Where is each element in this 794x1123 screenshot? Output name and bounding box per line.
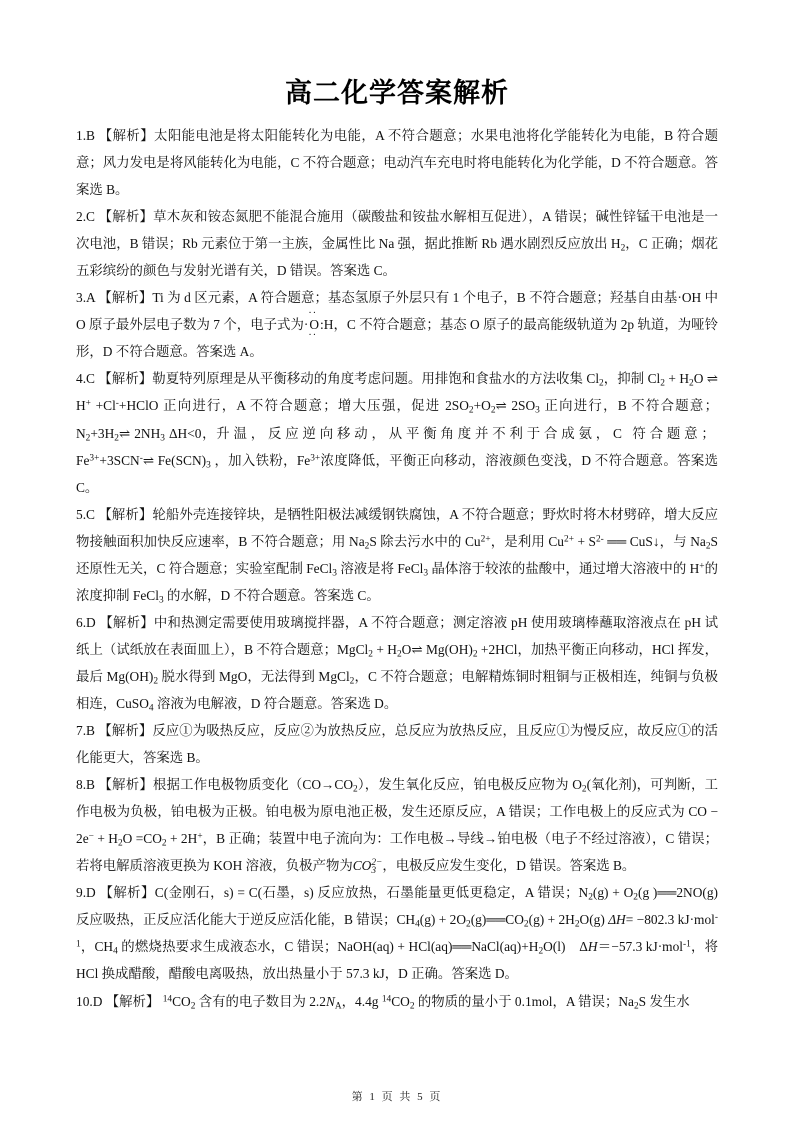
text-segment: ，加入铁粉，Fe bbox=[211, 453, 310, 468]
text-segment: O(l) Δ bbox=[543, 939, 588, 954]
hydrogen-bond: :H bbox=[320, 317, 333, 332]
text-segment: +HClO 正向进行，A 不符合题意；增大压强，促进 2SO bbox=[119, 398, 469, 413]
answer-label: 9.D bbox=[76, 885, 96, 900]
text-segment: N bbox=[76, 426, 86, 441]
analysis-tag: 【解析】 bbox=[99, 209, 154, 224]
text-segment: ΔH<0， bbox=[165, 426, 216, 441]
text-segment: + S bbox=[574, 534, 596, 549]
text-segment: ，抑制 Cl bbox=[604, 371, 661, 386]
avogadro-symbol: N bbox=[326, 994, 335, 1009]
text-segment: S 发生水 bbox=[639, 994, 690, 1009]
analysis-tag: 【解析】 bbox=[98, 371, 152, 386]
text-segment: ），发生氧化反应，铂电极反应物为 O bbox=[358, 777, 582, 792]
text-segment: 的燃烧热要求生成液态水，C 错误；NaOH(aq) + HCl(aq)══NaC… bbox=[118, 939, 539, 954]
text-segment: Fe bbox=[76, 453, 89, 468]
superscript: 2+ bbox=[481, 534, 491, 544]
analysis-tag: 【解析】 bbox=[98, 290, 152, 305]
answer-10: 10.D 【解析】 14CO2 含有的电子数目为 2.2NA，4.4g 14CO… bbox=[76, 988, 718, 1015]
subscript: 3 bbox=[371, 867, 382, 875]
answer-7: 7.B 【解析】反应①为吸热反应，反应②为放热反应，总反应为放热反应，且反应①为… bbox=[76, 717, 718, 771]
text-segment: 溶液为电解液，D 符合题意。答案选 D。 bbox=[154, 696, 398, 711]
answer-2: 2.C 【解析】草木灰和铵态氮肥不能混合施用（碳酸盐和铵盐水解相互促进），A 错… bbox=[76, 203, 718, 284]
text-segment: CO bbox=[391, 994, 410, 1009]
answer-list: 1.B 【解析】太阳能电池是将太阳能转化为电能，A 不符合题意；水果电池将化学能… bbox=[76, 122, 718, 1015]
text-segment: ⇌ Fe(SCN) bbox=[143, 453, 206, 468]
text-segment: 晶体溶于较浓的盐酸中，通过增大溶液中的 H bbox=[428, 561, 699, 576]
text-segment: ⇌ 2SO bbox=[496, 398, 536, 413]
text-segment: ⇌ 2NH bbox=[119, 426, 160, 441]
text-segment: + 2H bbox=[167, 831, 198, 846]
text-segment: O⇌ Mg(OH) bbox=[402, 642, 473, 657]
text-segment: 勒夏特列原理是从平衡移动的角度考虑问题。用排饱和食盐水的方法收集 Cl bbox=[152, 371, 599, 386]
text-segment: 根据工作电极物质变化（CO→CO bbox=[153, 777, 353, 792]
superscript: 3+ bbox=[89, 453, 99, 463]
answer-1: 1.B 【解析】太阳能电池是将太阳能转化为电能，A 不符合题意；水果电池将化学能… bbox=[76, 122, 718, 203]
document-title: 高二化学答案解析 bbox=[0, 76, 794, 112]
text-segment: +Cl bbox=[91, 398, 116, 413]
text-segment: (g)══CO bbox=[471, 912, 524, 927]
text-segment: +O bbox=[474, 398, 491, 413]
text-segment: 的水解，D 不符合题意。答案选 C。 bbox=[164, 588, 380, 603]
answer-label: 8.B bbox=[76, 777, 95, 792]
analysis-tag: 【解析】 bbox=[106, 994, 160, 1009]
text-segment: 含有的电子数目为 2.2 bbox=[195, 994, 326, 1009]
text-segment: + H bbox=[665, 371, 689, 386]
answer-label: 6.D bbox=[76, 615, 96, 630]
text-segment: ，4.4g bbox=[342, 994, 382, 1009]
text-segment: ══ CuS↓，与 Na bbox=[604, 534, 706, 549]
text-segment: 正向进行，B 不符合题意； bbox=[540, 398, 718, 413]
oxygen-atom: O bbox=[308, 311, 320, 338]
text-segment: CO bbox=[172, 994, 191, 1009]
text-segment: O =CO bbox=[123, 831, 162, 846]
superscript: 2+ bbox=[564, 534, 574, 544]
subscript: A bbox=[335, 1001, 342, 1011]
analysis-tag: 【解析】 bbox=[98, 507, 152, 522]
text-segment: C(金刚石，s) = C(石墨，s) 反应放热，石墨能量更低更稳定，A 错误；N bbox=[155, 885, 588, 900]
text-segment: 的物质的量小于 0.1mol，A 错误；Na bbox=[415, 994, 634, 1009]
text-segment: ，是利用 Cu bbox=[491, 534, 564, 549]
text-segment: + H bbox=[373, 642, 397, 657]
answer-6: 6.D 【解析】中和热测定需要使用玻璃搅拌器，A 不符合题意；测定溶液 pH 使… bbox=[76, 609, 718, 717]
answer-label: 4.C bbox=[76, 371, 95, 386]
superscript: 2- bbox=[596, 534, 604, 544]
answer-5: 5.C 【解析】轮船外壳连接锌块，是牺牲阳极法减缓钢铁腐蚀，A 不符合题意；野炊… bbox=[76, 501, 718, 609]
analysis-tag: 【解析】 bbox=[99, 128, 154, 143]
text-segment: + H bbox=[94, 831, 118, 846]
text-segment: 脱水得到 MgO，无法得到 MgCl bbox=[158, 669, 350, 684]
text-segment: S 除去污水中的 Cu bbox=[369, 534, 480, 549]
text-segment: ，CH bbox=[81, 939, 113, 954]
text-segment: (g) + O bbox=[593, 885, 633, 900]
superscript: 14 bbox=[382, 994, 391, 1004]
text-segment: ，电极反应发生变化，D 错误。答案选 B。 bbox=[382, 858, 635, 873]
text-segment: 溶液是将 FeCl bbox=[337, 561, 423, 576]
answer-label: 2.C bbox=[76, 209, 95, 224]
answer-text: 反应①为吸热反应，反应②为放热反应，总反应为放热反应，且反应①为慢反应，故反应①… bbox=[76, 723, 718, 765]
carbonate-formula: CO bbox=[353, 858, 372, 873]
answer-text: 太阳能电池是将太阳能转化为电能，A 不符合题意；水果电池将化学能转化为电能，B … bbox=[76, 128, 718, 197]
carbonate-scripts: 2−3 bbox=[371, 859, 382, 876]
electron-formula: ·O:H bbox=[304, 317, 334, 332]
text-segment: = −802.3 kJ·mol bbox=[626, 912, 715, 927]
analysis-tag: 【解析】 bbox=[98, 723, 152, 738]
text-segment: (g) + 2O bbox=[420, 912, 466, 927]
answer-3: 3.A 【解析】Ti 为 d 区元素，A 符合题意；基态氢原子外层只有 1 个电… bbox=[76, 284, 718, 365]
superscript: 3+ bbox=[310, 453, 320, 463]
superscript: 14 bbox=[163, 994, 172, 1004]
answer-8: 8.B 【解析】根据工作电极物质变化（CO→CO2），发生氧化反应，铂电极反应物… bbox=[76, 771, 718, 879]
answer-label: 3.A bbox=[76, 290, 95, 305]
delta-h: H bbox=[588, 939, 598, 954]
answer-label: 7.B bbox=[76, 723, 95, 738]
text-segment: (g) + 2H bbox=[529, 912, 575, 927]
text-segment: +3H bbox=[90, 426, 114, 441]
superscript: -1 bbox=[683, 940, 691, 950]
answer-label: 1.B bbox=[76, 128, 95, 143]
page-footer: 第 1 页 共 5 页 bbox=[0, 1088, 794, 1104]
answer-4: 4.C 【解析】勒夏特列原理是从平衡移动的角度考虑问题。用排饱和食盐水的方法收集… bbox=[76, 365, 718, 500]
answer-label: 5.C bbox=[76, 507, 95, 522]
text-segment: 升温，反应逆向移动，从平衡角度并不利于合成氨，C 符合题意； bbox=[216, 426, 718, 441]
delta-h: ΔH bbox=[608, 912, 626, 927]
text-segment: ＝−57.3 kJ·mol bbox=[598, 939, 684, 954]
text-segment: O(g) bbox=[580, 912, 609, 927]
analysis-tag: 【解析】 bbox=[100, 885, 155, 900]
answer-9: 9.D 【解析】C(金刚石，s) = C(石墨，s) 反应放热，石墨能量更低更稳… bbox=[76, 879, 718, 987]
analysis-tag: 【解析】 bbox=[99, 615, 154, 630]
text-segment: +3SCN bbox=[99, 453, 139, 468]
analysis-tag: 【解析】 bbox=[99, 777, 153, 792]
answer-label: 10.D bbox=[76, 994, 102, 1009]
